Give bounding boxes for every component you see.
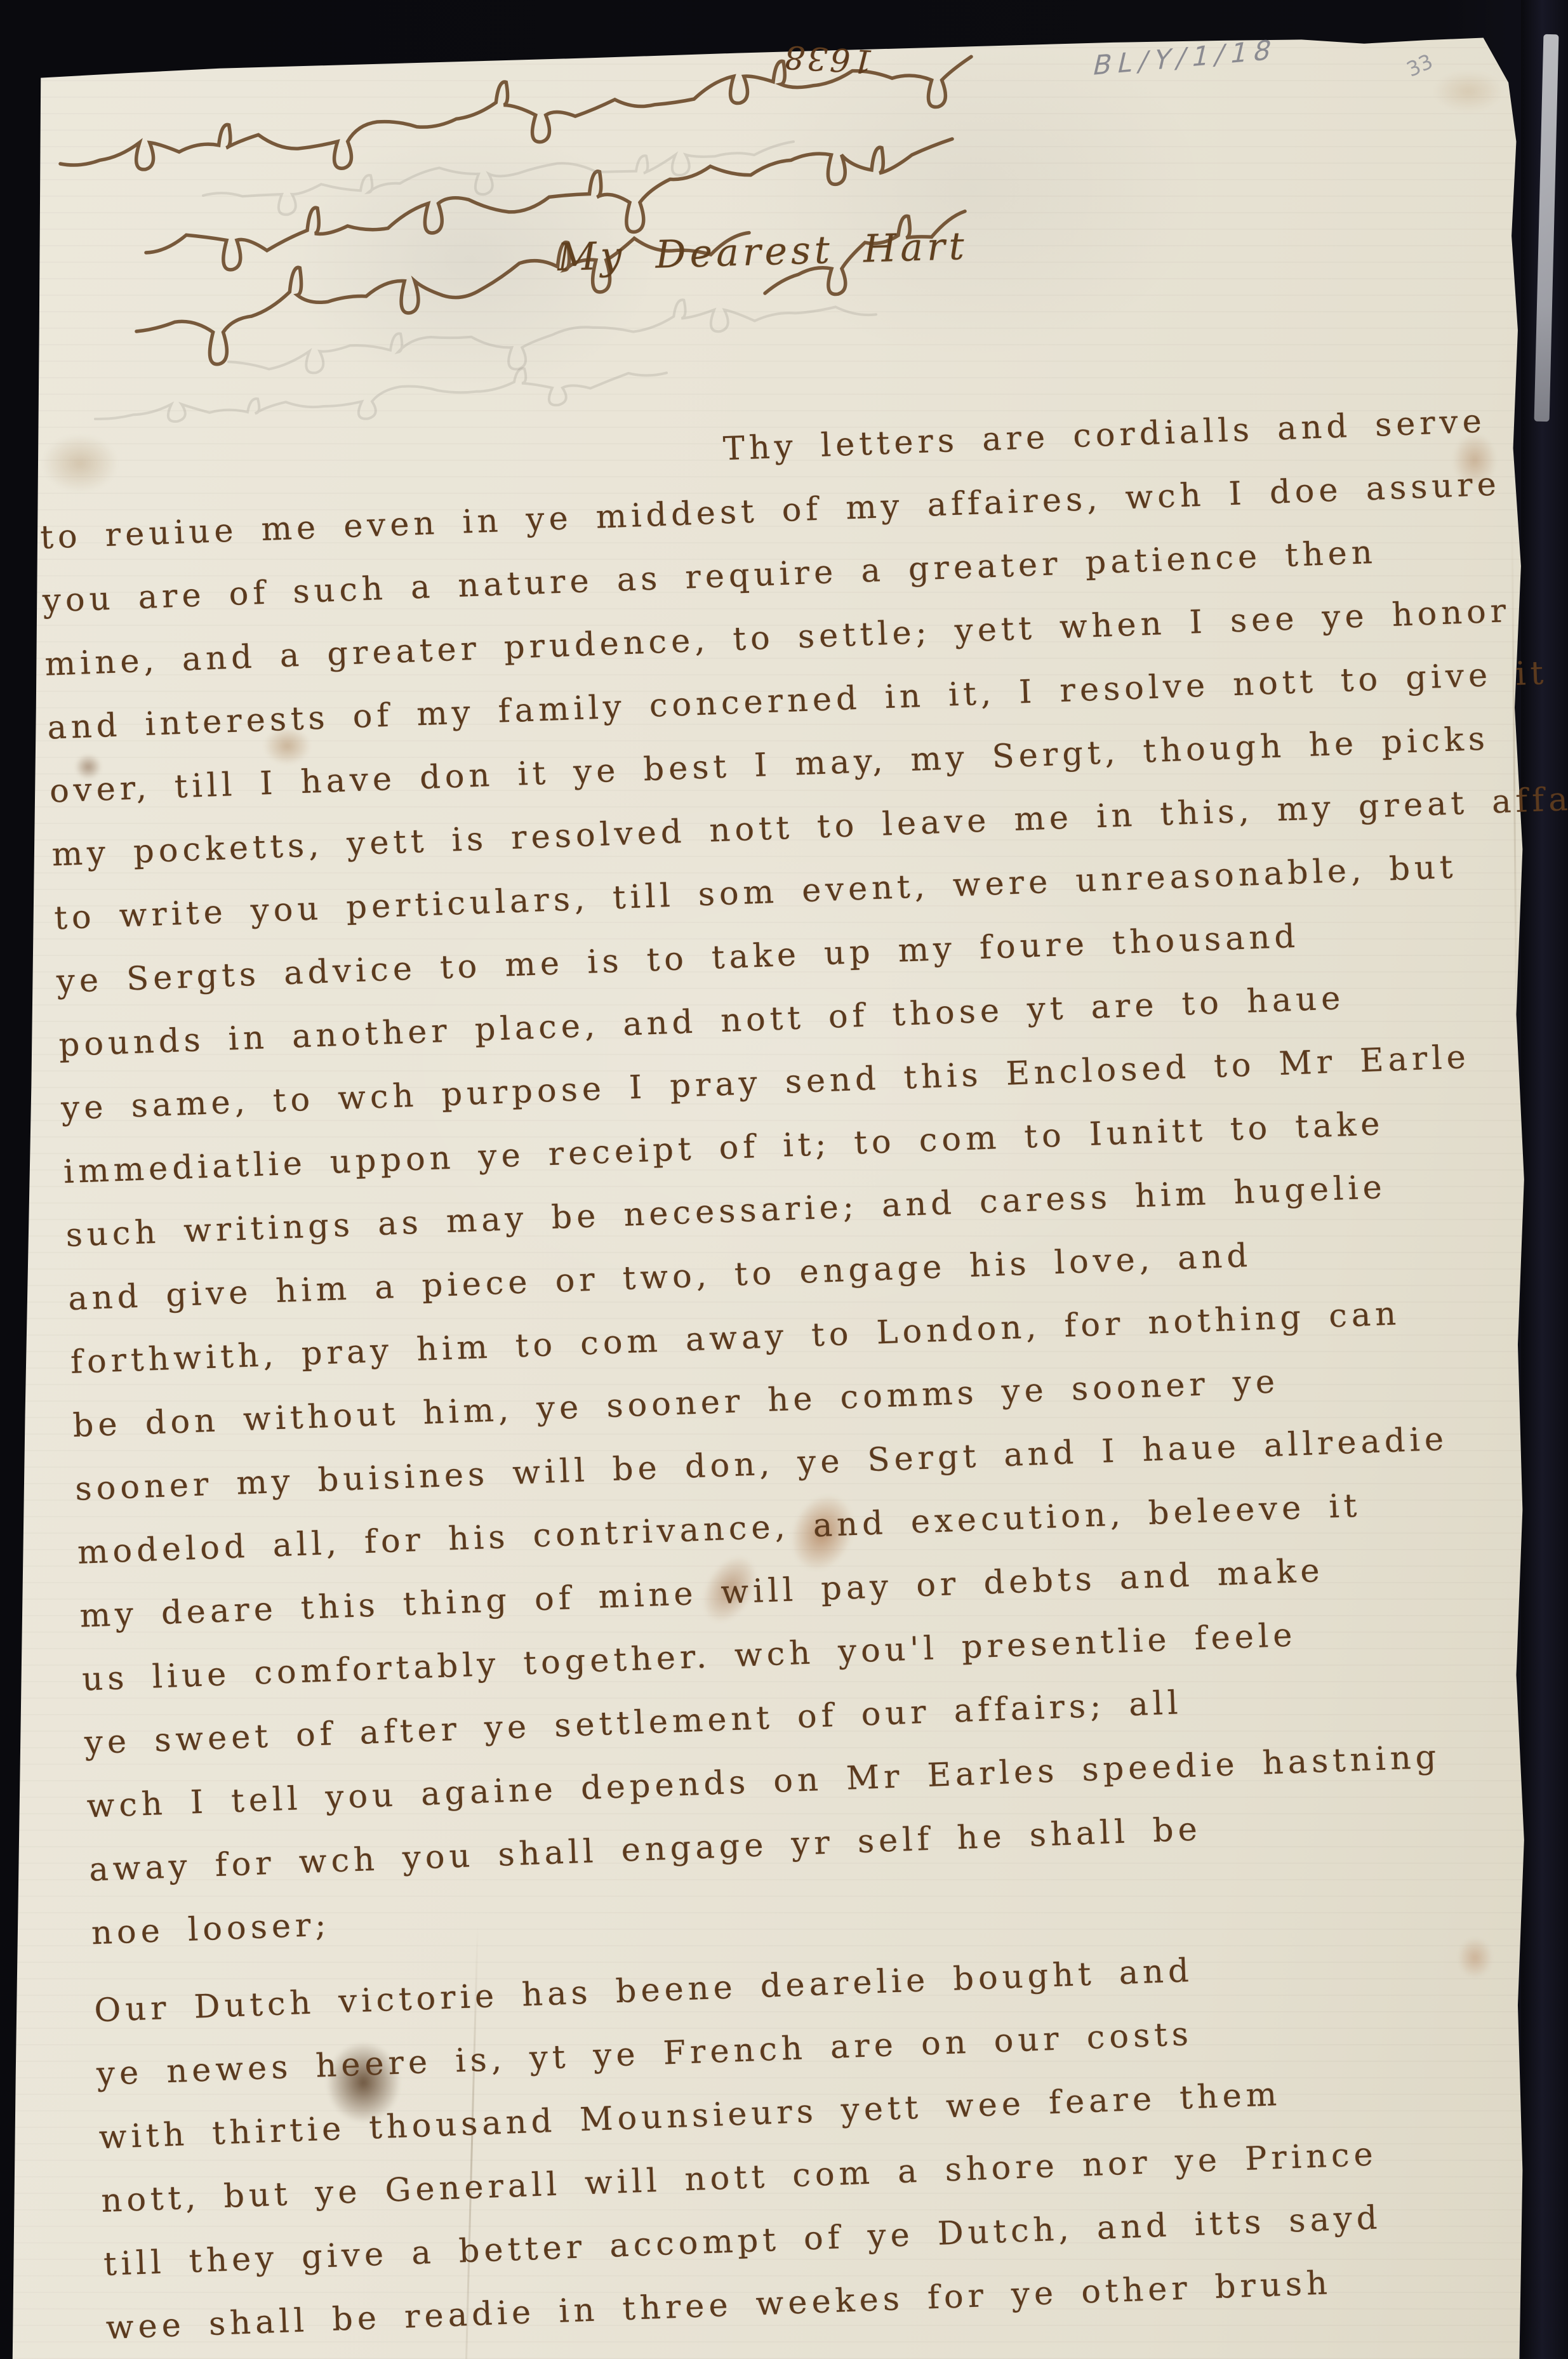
letter-body: Thy letters are cordialls and serveto re… [37, 389, 1568, 2359]
manuscript-scan: 1638 BL/Y/1/18 33 My Dearest Hart Thy le… [0, 0, 1568, 2359]
inverted-ink-fragment: 1638 [781, 38, 874, 79]
